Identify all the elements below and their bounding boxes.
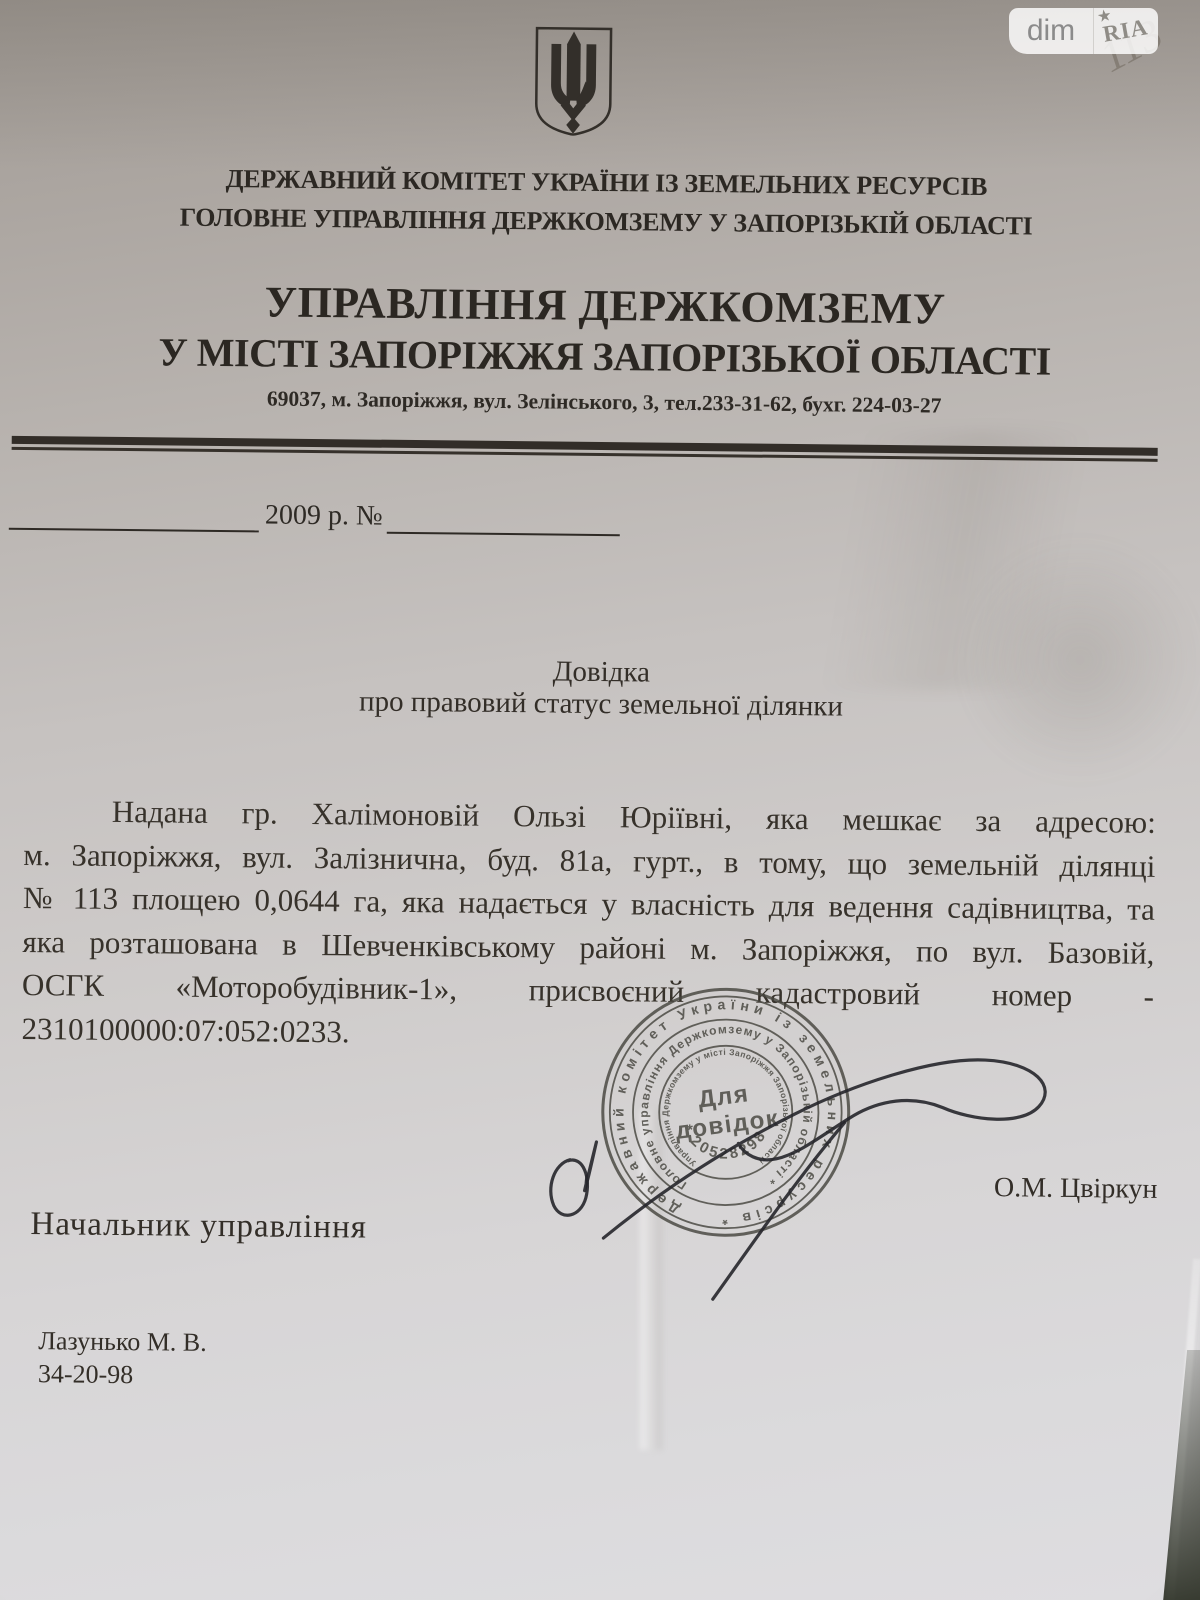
dim-ria-watermark-badge: dim ★ RIA	[1009, 8, 1158, 54]
date-fragment: 2009 р. №	[259, 499, 387, 533]
scanned-document-photo: ДЕРЖАВНИЙ КОМІТЕТ УКРАЇНИ ІЗ ЗЕМЕЛЬНИХ Р…	[0, 0, 1200, 1600]
ukraine-trident-emblem	[527, 23, 620, 136]
date-blank-line	[9, 496, 259, 533]
committee-name-line1: ДЕРЖАВНИЙ КОМІТЕТ УКРАЇНИ ІЗ ЗЕМЕЛЬНИХ Р…	[6, 162, 1200, 205]
office-name-line2: У МІСТІ ЗАПОРІЖЖЯ ЗАПОРІЗЬКОЇ ОБЛАСТІ	[4, 327, 1200, 387]
dim-logo: dim	[1009, 8, 1093, 54]
executor-phone: 34-20-98	[38, 1359, 134, 1390]
committee-name-line2: ГОЛОВНЕ УПРАВЛІННЯ ДЕРЖКОМЗЕМУ У ЗАПОРІЗ…	[6, 201, 1200, 244]
handwritten-signature	[522, 1019, 1145, 1345]
letterhead-divider-rule	[12, 436, 1158, 462]
date-number-line: 2009 р. №	[9, 496, 620, 536]
ria-star-icon: ★	[1097, 8, 1113, 26]
office-address: 69037, м. Запоріжжя, вул. Зелінського, 3…	[4, 384, 1200, 422]
number-blank-line	[386, 500, 619, 536]
document-page: ДЕРЖАВНИЙ КОМІТЕТ УКРАЇНИ ІЗ ЗЕМЕЛЬНИХ Р…	[0, 0, 1200, 1600]
signer-position-title: Начальник управління	[30, 1206, 367, 1247]
ria-logo: ★ RIA	[1094, 8, 1158, 54]
executor-name: Лазунько М. В.	[38, 1326, 207, 1358]
